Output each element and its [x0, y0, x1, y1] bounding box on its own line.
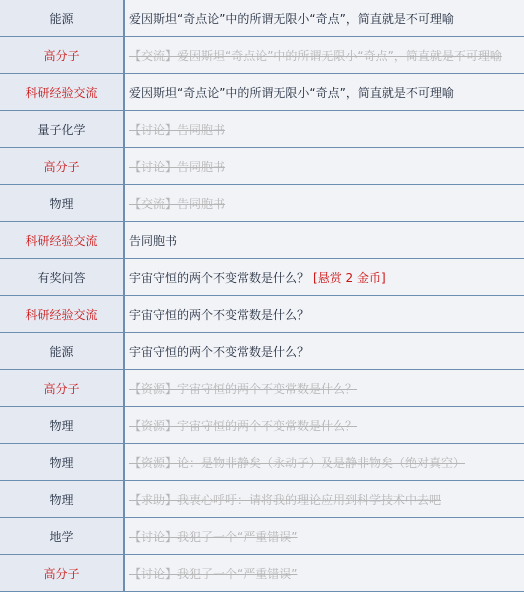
topic-title-cell: 爱因斯坦“奇点论”中的所谓无限小“奇点”，简直就是不可理喻 [124, 74, 524, 111]
table-row: 高分子【讨论】告同胞书 [0, 148, 524, 185]
category-link[interactable]: 物理 [0, 407, 124, 444]
category-link[interactable]: 高分子 [0, 148, 124, 185]
category-link[interactable]: 科研经验交流 [0, 74, 124, 111]
table-row: 量子化学【讨论】告同胞书 [0, 111, 524, 148]
deleted-topic-title: 【资源】宇宙守恒的两个不变常数是什么？ [129, 382, 357, 396]
category-link[interactable]: 科研经验交流 [0, 296, 124, 333]
table-row: 高分子【资源】宇宙守恒的两个不变常数是什么？ [0, 370, 524, 407]
table-row: 物理【资源】论：是物非静矣（永动子）及是静非物矣（绝对真空） [0, 444, 524, 481]
deleted-topic-title: 【交流】爱因斯坦“奇点论”中的所谓无限小“奇点”，简直就是不可理喻 [129, 49, 502, 63]
category-link[interactable]: 能源 [0, 0, 124, 37]
bounty-badge: [悬赏 2 金币] [313, 271, 386, 285]
category-link[interactable]: 科研经验交流 [0, 222, 124, 259]
table-row: 物理【交流】告同胞书 [0, 185, 524, 222]
topic-title-cell: 【交流】爱因斯坦“奇点论”中的所谓无限小“奇点”，简直就是不可理喻 [124, 37, 524, 74]
table-row: 有奖问答宇宙守恒的两个不变常数是什么？[悬赏 2 金币] [0, 259, 524, 296]
topic-title-cell: 告同胞书 [124, 222, 524, 259]
category-link[interactable]: 能源 [0, 333, 124, 370]
topic-title-cell: 【资源】宇宙守恒的两个不变常数是什么？ [124, 370, 524, 407]
topic-title-cell: 爱因斯坦“奇点论”中的所谓无限小“奇点”，简直就是不可理喻 [124, 0, 524, 37]
deleted-topic-title: 【求助】我衷心呼吁：请将我的理论应用到科学技术中去吧 [129, 493, 441, 507]
topic-title-cell: 宇宙守恒的两个不变常数是什么？ [124, 333, 524, 370]
deleted-topic-title: 【资源】论：是物非静矣（永动子）及是静非物矣（绝对真空） [129, 456, 465, 470]
topic-list: 能源爱因斯坦“奇点论”中的所谓无限小“奇点”，简直就是不可理喻高分子【交流】爱因… [0, 0, 524, 592]
category-link[interactable]: 物理 [0, 444, 124, 481]
category-link[interactable]: 有奖问答 [0, 259, 124, 296]
table-row: 地学【讨论】我犯了一个“严重错误” [0, 518, 524, 555]
category-link[interactable]: 高分子 [0, 37, 124, 74]
category-link[interactable]: 高分子 [0, 555, 124, 592]
topic-title-cell: 【资源】论：是物非静矣（永动子）及是静非物矣（绝对真空） [124, 444, 524, 481]
deleted-topic-title: 【交流】告同胞书 [129, 197, 225, 211]
topic-title-link[interactable]: 告同胞书 [129, 234, 177, 248]
topic-title-link[interactable]: 宇宙守恒的两个不变常数是什么？ [129, 345, 309, 359]
category-link[interactable]: 量子化学 [0, 111, 124, 148]
topic-title-cell: 【讨论】告同胞书 [124, 111, 524, 148]
topic-title-cell: 宇宙守恒的两个不变常数是什么？[悬赏 2 金币] [124, 259, 524, 296]
table-row: 高分子【讨论】我犯了一个“严重错误” [0, 555, 524, 592]
deleted-topic-title: 【讨论】告同胞书 [129, 123, 225, 137]
topic-title-cell: 【讨论】我犯了一个“严重错误” [124, 518, 524, 555]
table-row: 高分子【交流】爱因斯坦“奇点论”中的所谓无限小“奇点”，简直就是不可理喻 [0, 37, 524, 74]
deleted-topic-title: 【讨论】我犯了一个“严重错误” [129, 567, 297, 581]
topic-title-link[interactable]: 宇宙守恒的两个不变常数是什么？ [129, 308, 309, 322]
topic-title-cell: 【讨论】告同胞书 [124, 148, 524, 185]
topic-title-link[interactable]: 爱因斯坦“奇点论”中的所谓无限小“奇点”，简直就是不可理喻 [129, 12, 454, 26]
topic-title-cell: 【求助】我衷心呼吁：请将我的理论应用到科学技术中去吧 [124, 481, 524, 518]
category-link[interactable]: 物理 [0, 185, 124, 222]
table-row: 科研经验交流告同胞书 [0, 222, 524, 259]
topic-table: 能源爱因斯坦“奇点论”中的所谓无限小“奇点”，简直就是不可理喻高分子【交流】爱因… [0, 0, 524, 592]
deleted-topic-title: 【讨论】我犯了一个“严重错误” [129, 530, 297, 544]
table-row: 物理【求助】我衷心呼吁：请将我的理论应用到科学技术中去吧 [0, 481, 524, 518]
table-row: 科研经验交流爱因斯坦“奇点论”中的所谓无限小“奇点”，简直就是不可理喻 [0, 74, 524, 111]
table-row: 能源宇宙守恒的两个不变常数是什么？ [0, 333, 524, 370]
category-link[interactable]: 地学 [0, 518, 124, 555]
topic-title-link[interactable]: 宇宙守恒的两个不变常数是什么？ [129, 271, 309, 285]
topic-title-cell: 【交流】告同胞书 [124, 185, 524, 222]
topic-title-link[interactable]: 爱因斯坦“奇点论”中的所谓无限小“奇点”，简直就是不可理喻 [129, 86, 454, 100]
table-row: 能源爱因斯坦“奇点论”中的所谓无限小“奇点”，简直就是不可理喻 [0, 0, 524, 37]
deleted-topic-title: 【讨论】告同胞书 [129, 160, 225, 174]
topic-title-cell: 宇宙守恒的两个不变常数是什么？ [124, 296, 524, 333]
topic-title-cell: 【讨论】我犯了一个“严重错误” [124, 555, 524, 592]
category-link[interactable]: 高分子 [0, 370, 124, 407]
deleted-topic-title: 【资源】宇宙守恒的两个不变常数是什么？ [129, 419, 357, 433]
table-row: 科研经验交流宇宙守恒的两个不变常数是什么？ [0, 296, 524, 333]
category-link[interactable]: 物理 [0, 481, 124, 518]
table-row: 物理【资源】宇宙守恒的两个不变常数是什么？ [0, 407, 524, 444]
topic-title-cell: 【资源】宇宙守恒的两个不变常数是什么？ [124, 407, 524, 444]
